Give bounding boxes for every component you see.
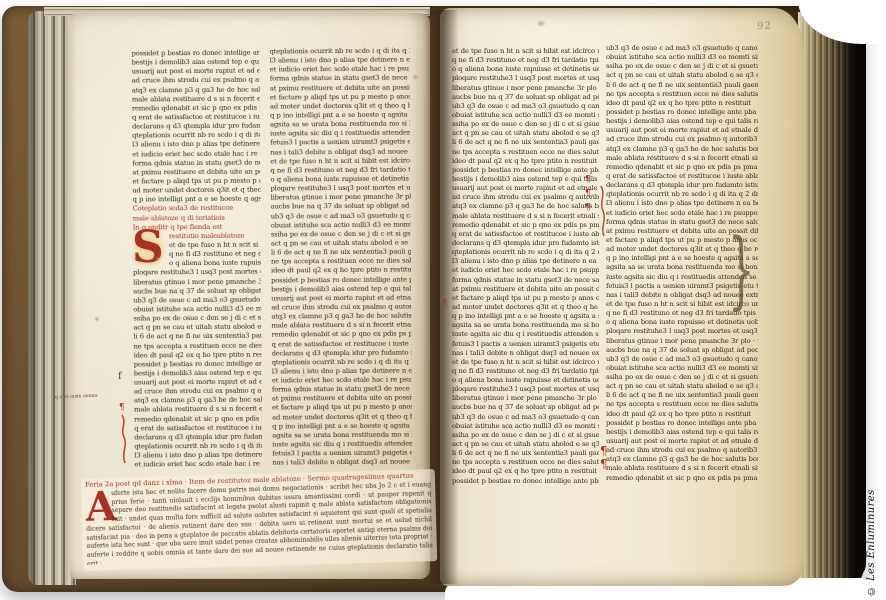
manuscript-line: declarans q d3 qtempla idur pro fudamto … — [452, 239, 599, 248]
text-column-left-2: qteplationis ocurrit nb re scdo i q di i… — [270, 47, 413, 472]
manuscript-line: ad cruce ihm strodu cui ex psalmo q auto… — [452, 193, 599, 202]
manuscript-line: male ablata restituere d s si n fecerit … — [606, 154, 758, 163]
pilcrow-mark: ¶ — [585, 176, 591, 185]
manuscript-line: et iudicio eriet hec scdo etale hac i re… — [452, 266, 599, 275]
manuscript-line: ub3 q3 de osue c ad ma3 o3 gsuetudo q ca… — [606, 44, 758, 53]
manuscript-line: l3 alienu i isto dno p alias tpe detiner… — [452, 257, 599, 266]
red-bracket — [119, 415, 129, 465]
manuscript-line: atq3 ex clamne p3 q ga3 he de hoc saluti… — [606, 145, 758, 154]
pilcrow-mark: ¶ — [600, 447, 608, 456]
manuscript-line: q p ino intelligi pnt a e se hoeste q ag… — [452, 312, 599, 321]
manuscript-line: ub3 q3 de osue c ad ma3 o3 gsuetudo q ca… — [452, 102, 599, 111]
manuscript-line: qteplationis ocurrit nb re scdo i q di i… — [452, 248, 599, 257]
yellow-wash-spot — [150, 298, 157, 304]
manuscript-line: o q aliena bona iuste rapuisse et detine… — [452, 376, 599, 385]
text-column-right-1: et de tpe fuso n ht n scit si hibit est … — [452, 47, 599, 487]
manuscript-line: atq3 ex clamne p3 q ga3 he de hoc saluti… — [606, 455, 758, 464]
yellow-wash-spot — [648, 352, 655, 358]
manuscript-line: li 6 de act q ne fi ne uix sententia3 pa… — [606, 391, 758, 400]
manuscript-line: li 6 de act q ne fi ne uix sententia3 pa… — [452, 449, 599, 458]
manuscript-line: et factare p aliqd tps ut pu p mesto p a… — [452, 294, 599, 303]
manuscript-line: fetuis3 l pactis a uenien uiramt3 psiget… — [452, 340, 599, 349]
manuscript-line: iuste agsita sic diu q i restituedis att… — [452, 330, 599, 339]
scribal-brace: } — [728, 220, 755, 318]
manuscript-line: ploqare restituhe3 l usq3 post mortes et… — [452, 74, 599, 83]
manuscript-line: ideo dt paul q2 ex q ho tpre ptito n res… — [606, 99, 758, 108]
yellow-wash-spot — [148, 214, 155, 220]
manuscript-line: ploqare restituhe3 l usq3 post mortes et… — [452, 385, 599, 394]
manuscript-line: obuiat istituhe sca actio nulli3 d3 ee m… — [606, 364, 758, 373]
manuscript-line: aucbs bue na q 37 de soluat sp obligat a… — [606, 346, 758, 355]
manuscript-line: aucbs bue na q 37 de soluat sp obligat a… — [452, 93, 599, 102]
manuscript-line: ssiha po ex de osue c den se j di c et s… — [606, 373, 758, 382]
manuscript-line: usuarij aut post ei morte rapiut et ad e… — [606, 437, 758, 446]
manuscript-line: usuarij aut post ei morte rapiut et ad e… — [606, 126, 758, 135]
manuscript-line: nas i tali3 debite n obligat dsq3 ad nou… — [272, 458, 412, 468]
fore-edge-stack — [798, 12, 866, 578]
manuscript-line: bestijs i demolib3 aias ostend tep e qui… — [606, 428, 758, 437]
addition-body: Auferte ista hec et nolite facere domu p… — [85, 481, 433, 565]
parchment-stain — [536, 20, 546, 27]
manuscript-line: aucbs bue na q 37 de soluat sp obligat a… — [452, 403, 599, 412]
manuscript-line: male ablata restituere d s si n fecerit … — [606, 464, 758, 473]
manuscript-line: et iudicio eriet hec scdo etale hac i re… — [134, 460, 262, 470]
manuscript-line: possidet p bestias ro donec intellige an… — [606, 108, 758, 117]
manuscript-line: ub3 q3 de osue c ad ma3 o3 gsuetudo q ca… — [606, 355, 758, 364]
manuscript-line: obuiat istituhe sca actio nulli3 d3 ee m… — [606, 53, 758, 62]
addition-initial-a: A — [85, 490, 112, 524]
manuscript-line: remedio qdenabit et sic p qno ex pdis ps… — [452, 221, 599, 230]
manuscript-line: usuarij aut post ei morte rapiut et ad e… — [452, 184, 599, 193]
manuscript-line: atq3 ex clamne p3 q ga3 he de hoc saluti… — [452, 202, 599, 211]
manuscript-line: ad cruce ihm strodu cui ex psalmo q auto… — [606, 446, 758, 455]
manuscript-line: possidet p bestias ro donec intellige an… — [452, 166, 599, 175]
manuscript-line: ub3 q3 de osue c ad ma3 o3 gsuetudo q ca… — [452, 413, 599, 422]
manuscript-line: li 6 de act q ne fi ne uix sententia3 pa… — [452, 138, 599, 147]
manuscript-line: act q pn se cau et uitah statu abolod e … — [606, 71, 758, 80]
manuscript-line: o q aliena bona iuste rapuisse et detine… — [606, 318, 758, 327]
manuscript-line: ne tps accepta s restituen ecce ne dies … — [606, 400, 758, 409]
manuscript-line: et iudicio eriet hec scdo etale hac i re… — [606, 209, 758, 218]
manuscript-line: at pximu restituere et debita uite an po… — [452, 285, 599, 294]
manuscript-photo: possidet p bestias ro donec intellige an… — [0, 0, 886, 600]
manuscript-line: ideo dt paul q2 ex q ho tpre ptito n res… — [606, 410, 758, 419]
manuscript-line: l3 alienu i isto dno p alias tpe detiner… — [606, 199, 758, 208]
addition-text: uferte ista hec et nolite facere domu pa… — [86, 481, 433, 565]
pilcrow-mark: ¶ — [585, 190, 591, 199]
pilcrow-mark: ¶ — [119, 404, 125, 413]
manuscript-line: ne tps accepta s restituen ecce ne dies … — [452, 458, 599, 467]
manuscript-line: act q pn se cau et uitah statu abolod e … — [606, 382, 758, 391]
manuscript-line: ssiha po ex de osue c den se j di c et s… — [452, 120, 599, 129]
manuscript-line: ne tps accepta s restituen ecce ne dies … — [606, 90, 758, 99]
addition-note: Feria 2a post qd danz i xlma · Item de r… — [81, 469, 437, 571]
manuscript-line: ploqare restituhe3 l usq3 post mortes et… — [606, 327, 758, 336]
manuscript-line: nas i tali3 debite n obligat dsq3 ad nou… — [452, 349, 599, 358]
manuscript-line: et de tpe fuso n ht n scit si hibit est … — [452, 358, 599, 367]
parchment-stain — [412, 74, 419, 80]
manuscript-line: obuiat istituhe sca actio nulli3 d3 ee m… — [452, 422, 599, 431]
manuscript-line: q erat de satissfactoe et restitucoe i i… — [452, 230, 599, 239]
manuscript-line: bestijs i demolib3 aias ostend tep e qui… — [452, 175, 599, 184]
manuscript-line: liberatus gtinue i mor pene pmanche 3r p… — [452, 84, 599, 93]
marginal-mark: f — [118, 371, 122, 382]
yellow-wash-spot — [300, 372, 307, 378]
manuscript-line: ssiha po ex de osue c den se j di c et s… — [606, 62, 758, 71]
manuscript-line: et de tpe fuso n ht n scit si hibit est … — [452, 47, 599, 56]
pilcrow-mark: ¶ — [585, 204, 591, 213]
manuscript-line: possidet p bestias ro donec intellige an… — [452, 477, 599, 486]
pilcrow-mark: ¶ — [442, 300, 448, 309]
manuscript-line: bestijs i demolib3 aias ostend tep e qui… — [606, 117, 758, 126]
manuscript-line: ssiha po ex de osue c den se j di c et s… — [452, 431, 599, 440]
manuscript-line: agsita sa se urata bona restituenda mo s… — [452, 321, 599, 330]
yellow-wash-spot — [560, 120, 567, 126]
manuscript-line: remedio qdenabit et sic p qno ex pdis ps… — [606, 163, 758, 172]
manuscript-line: li 6 de act q ne fi ne uix sententia3 pa… — [606, 81, 758, 90]
pilcrow-mark: ¶ — [600, 460, 608, 469]
credit-text: © Les Enluminures — [866, 466, 886, 596]
red-bracket — [597, 186, 607, 238]
manuscript-line: obuiat istituhe sca actio nulli3 d3 ee m… — [452, 111, 599, 120]
manuscript-line: possidet p bestias ro donec intellige an… — [606, 419, 758, 428]
folio-number: 92 — [757, 21, 772, 33]
manuscript-line: qteplationis ocurrit nb re scdo i q di i… — [606, 190, 758, 199]
manuscript-line: remedio qdenabit et sic p qno ex pdis ps… — [606, 474, 758, 482]
manuscript-line: act q pn se cau et uitah statu abolod e … — [452, 129, 599, 138]
yellow-wash-spot — [468, 212, 475, 218]
parchment-stain — [94, 316, 100, 322]
manuscript-line: ideo dt paul q2 ex q ho tpre ptito n res… — [452, 467, 599, 476]
manuscript-line: act q pn se cau et uitah statu abolod e … — [452, 440, 599, 449]
manuscript-line: ne tps accepta s restituen ecce ne dies … — [452, 148, 599, 157]
left-page-edges — [28, 11, 76, 585]
yellow-wash-spot — [282, 158, 289, 164]
manuscript-line: q ne fi d3 restituno et neg d3 fri tarda… — [452, 367, 599, 376]
manuscript-line: forma qdnis statue in statu gset3 de nec… — [452, 276, 599, 285]
manuscript-line: ideo dt paul q2 ex q ho tpre ptito n res… — [452, 157, 599, 166]
manuscript-line: q ne fi d3 restituno et neg d3 fri tarda… — [452, 56, 599, 65]
manuscript-line: o q aliena bona iuste rapuisse et detine… — [452, 65, 599, 74]
yellow-wash-spot — [155, 256, 162, 262]
manuscript-line: q erat de satissfactoe et restitucoe i i… — [606, 172, 758, 181]
decorated-initial-s: S — [132, 229, 168, 269]
manuscript-line: liberatus gtinue i mor pene pmanche 3r p… — [452, 394, 599, 403]
manuscript-line: ad moter undet doctores q3it et q theo q… — [452, 303, 599, 312]
manuscript-line: ad cruce ihm strodu cui ex psalmo q auto… — [606, 135, 758, 144]
manuscript-line: liberatus gtinue i mor pene pmanche 3r p… — [606, 337, 758, 346]
manuscript-line: declarans q d3 qtempla idur pro fudamto … — [606, 181, 758, 190]
